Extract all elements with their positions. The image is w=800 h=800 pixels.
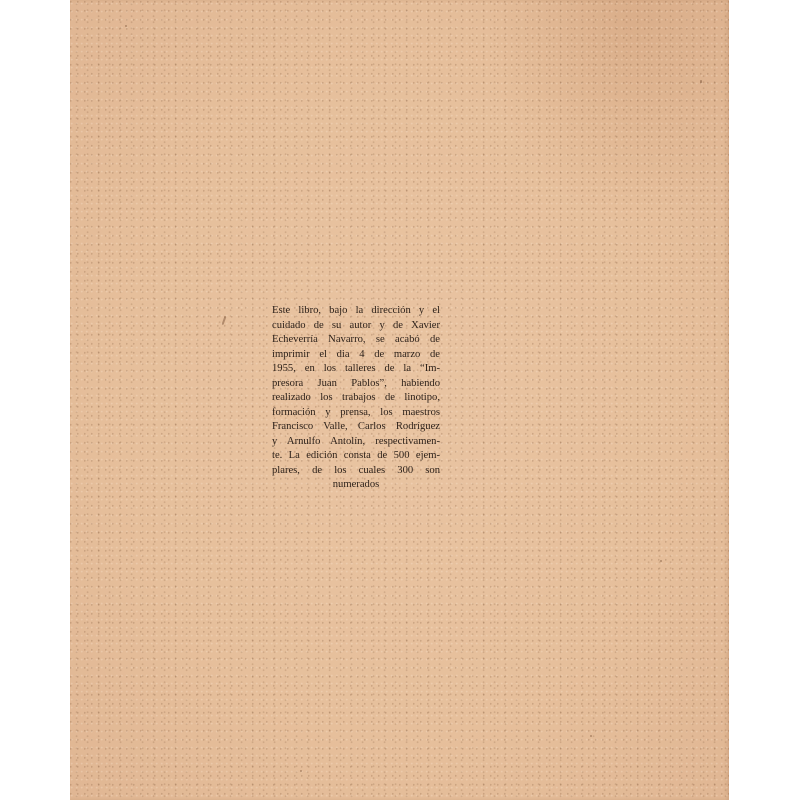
paper-fiber-mark xyxy=(125,25,127,27)
colophon-line: plares, de los cuales 300 son xyxy=(272,464,440,479)
colophon-line: Echeverría Navarro, se acabó de xyxy=(272,333,440,348)
colophon-line: formación y prensa, los maestros xyxy=(272,406,440,421)
paper-fiber-mark xyxy=(660,560,662,562)
colophon-line: realizado los trabajos de linotipo, xyxy=(272,391,440,406)
colophon-line: y Arnulfo Antolín, respectivamen- xyxy=(272,435,440,450)
colophon-line: cuidado de su autor y de Xavier xyxy=(272,319,440,334)
colophon-line: te. La edición consta de 500 ejem- xyxy=(272,449,440,464)
colophon-line: 1955, en los talleres de la “Im- xyxy=(272,362,440,377)
colophon-line: presora Juan Pablos”, habiendo xyxy=(272,377,440,392)
paper-fiber-mark xyxy=(300,770,302,772)
paper-fiber-mark xyxy=(590,735,592,737)
colophon-text: Este libro, bajo la dirección y el cuida… xyxy=(272,304,440,493)
paper-fiber-mark xyxy=(222,316,227,325)
colophon-line: Este libro, bajo la dirección y el xyxy=(272,304,440,319)
colophon-line: Francisco Valle, Carlos Rodríguez xyxy=(272,420,440,435)
paper-fiber-mark xyxy=(700,80,702,83)
colophon-line: imprimir el dia 4 de marzo de xyxy=(272,348,440,363)
colophon-line-final: numerados xyxy=(272,478,440,493)
